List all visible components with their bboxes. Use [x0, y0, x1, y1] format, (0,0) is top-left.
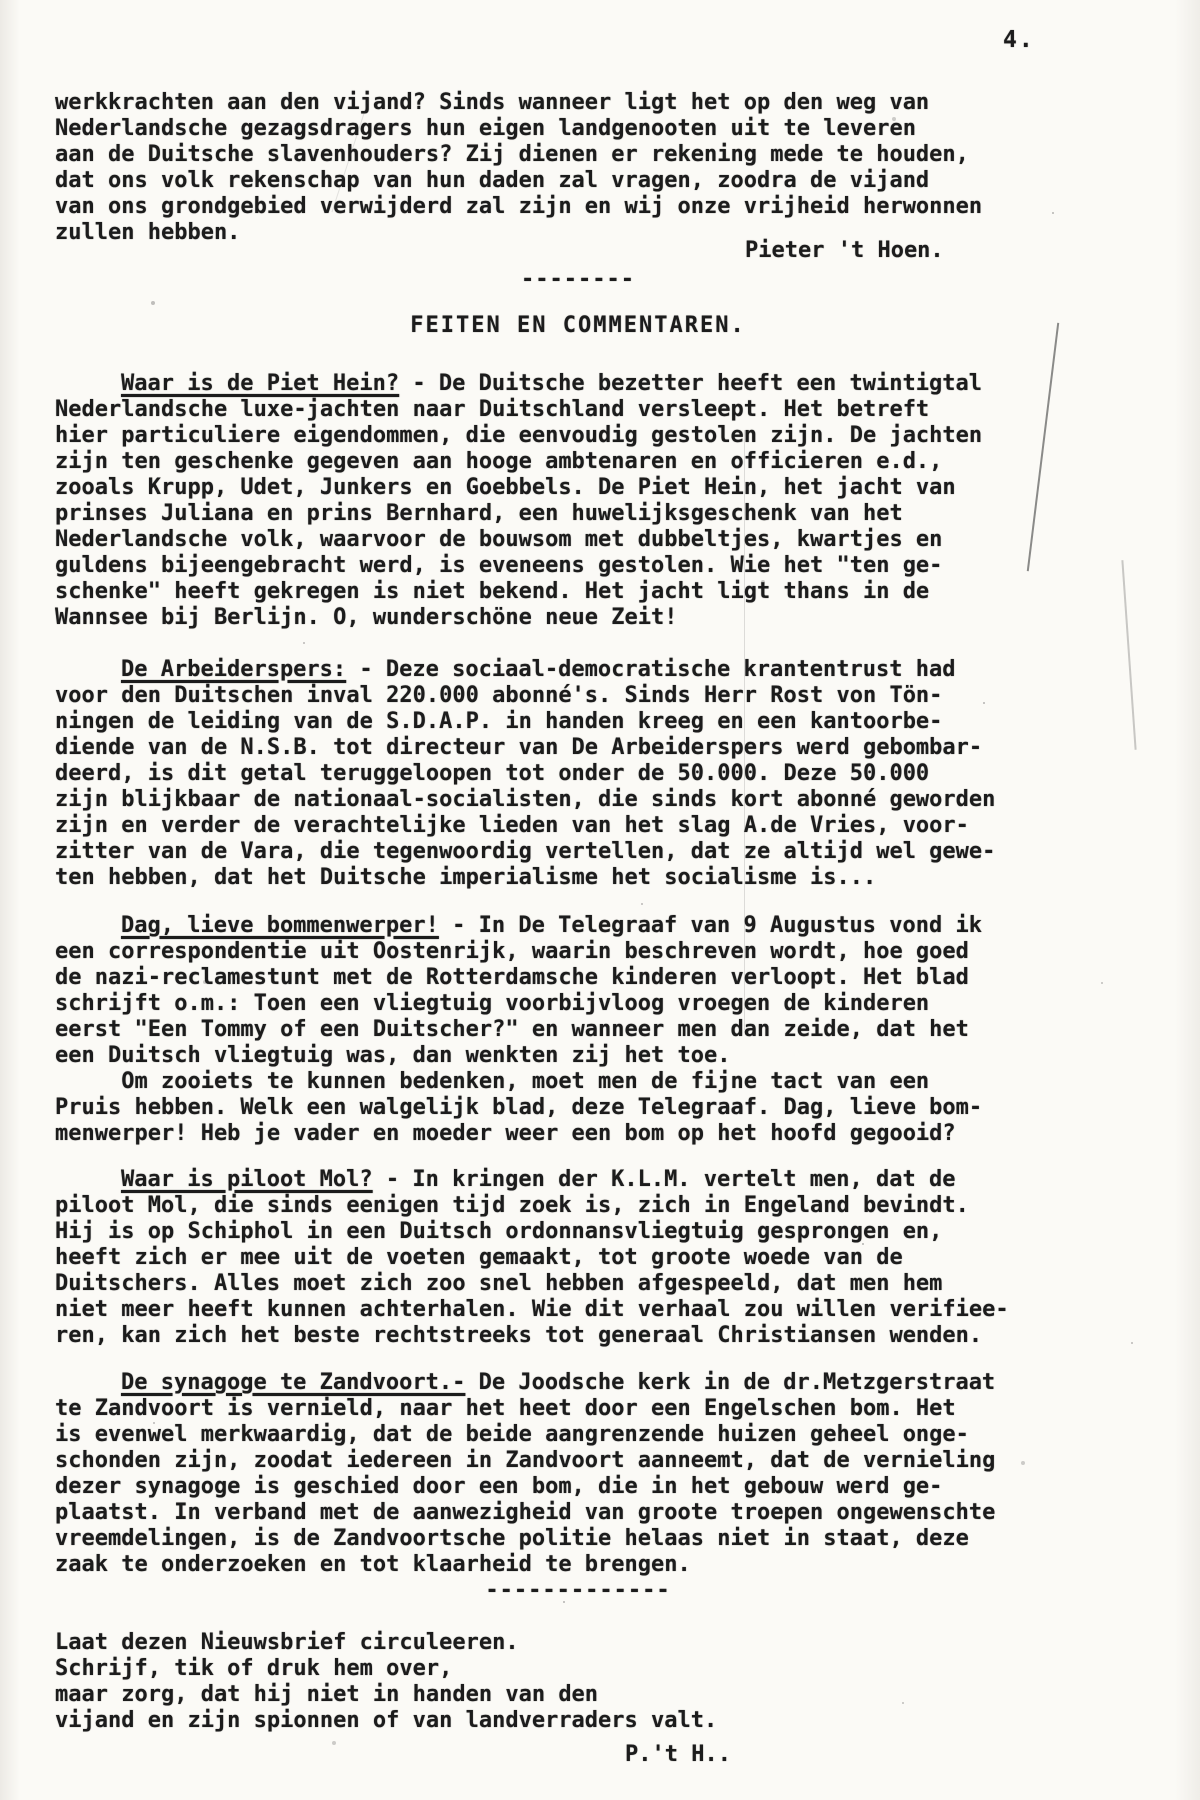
text-line: dezer synagoge is geschied door een bom,… — [55, 1474, 1200, 1500]
section-first-line: Waar is de Piet Hein? - De Duitsche beze… — [55, 371, 1200, 397]
text-line: aan de Duitsche slavenhouders? Zij diene… — [55, 142, 1200, 168]
text-line: eerst "Een Tommy of een Duitscher?" en w… — [55, 1017, 1200, 1043]
text-line: de nazi-reclamestunt met de Rotterdamsch… — [55, 965, 1200, 991]
text-line: plaatst. In verband met de aanwezigheid … — [55, 1500, 1200, 1526]
page-number: 4. — [1003, 27, 1035, 53]
text-line: zijn en verder de verachtelijke lieden v… — [55, 813, 1200, 839]
text-line: Laat dezen Nieuwsbrief circuleeren. — [55, 1630, 1200, 1656]
scan-speckles — [0, 0, 2, 2]
text-line: Pruis hebben. Welk een walgelijk blad, d… — [55, 1095, 1200, 1121]
text-line: hier particuliere eigendommen, die eenvo… — [55, 423, 1200, 449]
text-line: Schrijf, tik of druk hem over, — [55, 1656, 1200, 1682]
text-line: van ons grondgebied verwijderd zal zijn … — [55, 194, 1200, 220]
section-title: Dag, lieve bommenwerper! — [121, 913, 439, 938]
news-section: Waar is de Piet Hein? - De Duitsche beze… — [55, 371, 1200, 631]
text-line: piloot Mol, die sinds eenigen tijd zoek … — [55, 1193, 1200, 1219]
text-line: Nederlandsche volk, waarvoor de bouwsom … — [55, 527, 1200, 553]
text-line: voor den Duitschen inval 220.000 abonné'… — [55, 683, 1200, 709]
text-line: zaak te onderzoeken en tot klaarheid te … — [55, 1552, 1200, 1578]
text-line: schrijft o.m.: Toen een vliegtuig voorbi… — [55, 991, 1200, 1017]
document-page: 4. werkkrachten aan den vijand? Sinds wa… — [0, 0, 1200, 1800]
text-line: prinses Juliana en prins Bernhard, een h… — [55, 501, 1200, 527]
text-line: schonden zijn, zoodat iedereen in Zandvo… — [55, 1448, 1200, 1474]
text-line: Duitschers. Alles moet zich zoo snel heb… — [55, 1271, 1200, 1297]
text-line: Om zooiets te kunnen bedenken, moet men … — [55, 1069, 1200, 1095]
intro-paragraph: werkkrachten aan den vijand? Sinds wanne… — [55, 90, 1200, 246]
text-line: schenke" heeft gekregen is niet bekend. … — [55, 579, 1200, 605]
text-line: Nederlandsche gezagsdragers hun eigen la… — [55, 116, 1200, 142]
article-heading: FEITEN EN COMMENTAREN. — [0, 313, 1156, 339]
section-divider-top: -------- — [0, 267, 1156, 293]
sections: Waar is de Piet Hein? - De Duitsche beze… — [55, 371, 1200, 1578]
news-section: De Arbeiderspers: - Deze sociaal-democra… — [55, 657, 1200, 891]
text-line: een correspondentie uit Oostenrijk, waar… — [55, 939, 1200, 965]
section-first-line: De synagoge te Zandvoort.- De Joodsche k… — [55, 1370, 1200, 1396]
text-line: zitter van de Vara, die tegenwoordig ver… — [55, 839, 1200, 865]
section-title: Waar is piloot Mol? — [121, 1167, 373, 1192]
news-section: Waar is piloot Mol? - In kringen der K.L… — [55, 1167, 1200, 1349]
section-first-line: Waar is piloot Mol? - In kringen der K.L… — [55, 1167, 1200, 1193]
text-line: deerd, is dit getal teruggeloopen tot on… — [55, 761, 1200, 787]
text-line: heeft zich er mee uit de voeten gemaakt,… — [55, 1245, 1200, 1271]
text-line: ningen de leiding van de S.D.A.P. in han… — [55, 709, 1200, 735]
section-title: De Arbeiderspers: — [121, 657, 346, 682]
text-line: maar zorg, dat hij niet in handen van de… — [55, 1682, 1200, 1708]
section-first-line: Dag, lieve bommenwerper! - In De Telegra… — [55, 913, 1200, 939]
section-title: De synagoge te Zandvoort.- — [121, 1370, 465, 1395]
news-section: De synagoge te Zandvoort.- De Joodsche k… — [55, 1370, 1200, 1578]
text-line: vreemdelingen, is de Zandvoortsche polit… — [55, 1526, 1200, 1552]
text-line: niet meer heeft kunnen achterhalen. Wie … — [55, 1297, 1200, 1323]
text-line: ren, kan zich het beste rechtstreeks tot… — [55, 1323, 1200, 1349]
text-line: menwerper! Heb je vader en moeder weer e… — [55, 1121, 1200, 1147]
section-title: Waar is de Piet Hein? — [121, 371, 399, 396]
text-line: dat ons volk rekenschap van hun daden za… — [55, 168, 1200, 194]
text-line: Nederlandsche luxe-jachten naar Duitschl… — [55, 397, 1200, 423]
text-line: ten hebben, dat het Duitsche imperialism… — [55, 865, 1200, 891]
text-line: werkkrachten aan den vijand? Sinds wanne… — [55, 90, 1200, 116]
text-line: Hij is op Schiphol in een Duitsch ordonn… — [55, 1219, 1200, 1245]
text-line: zijn blijkbaar de nationaal-socialisten,… — [55, 787, 1200, 813]
text-line: guldens bijeengebracht werd, is eveneens… — [55, 553, 1200, 579]
text-line: een Duitsch vliegtuig was, dan wenkten z… — [55, 1043, 1200, 1069]
text-line: zijn ten geschenke gegeven aan hooge amb… — [55, 449, 1200, 475]
news-section: Dag, lieve bommenwerper! - In De Telegra… — [55, 913, 1200, 1147]
text-line: Wannsee bij Berlijn. O, wunderschöne neu… — [55, 605, 1200, 631]
text-line: is evenwel merkwaardig, dat de beide aan… — [55, 1422, 1200, 1448]
section-first-line: De Arbeiderspers: - Deze sociaal-democra… — [55, 657, 1200, 683]
footer-note: Laat dezen Nieuwsbrief circuleeren.Schri… — [55, 1630, 1200, 1734]
closing-initials: P.'t H.. — [55, 1742, 1200, 1768]
text-line: vijand en zijn spionnen of van landverra… — [55, 1708, 1200, 1734]
section-divider-bottom: ------------- — [0, 1578, 1156, 1604]
text-line: te Zandvoort is vernield, naar het heet … — [55, 1396, 1200, 1422]
text-line: zooals Krupp, Udet, Junkers en Goebbels.… — [55, 475, 1200, 501]
text-line: diende van de N.S.B. tot directeur van D… — [55, 735, 1200, 761]
